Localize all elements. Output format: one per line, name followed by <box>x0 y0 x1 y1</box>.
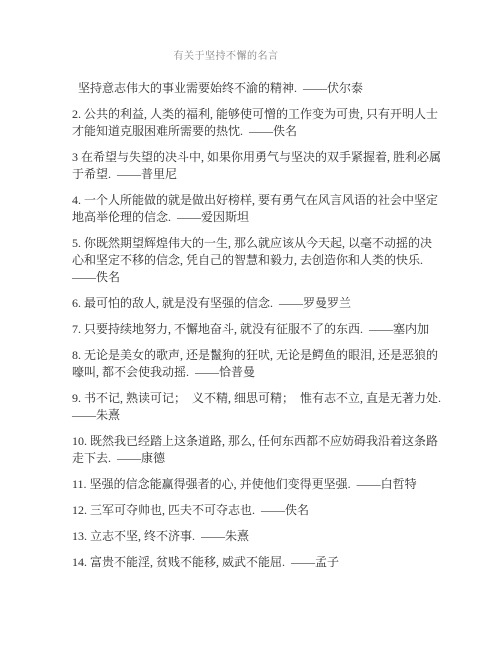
quote-attribution: ——佚名 <box>255 503 309 517</box>
quote-item: 坚持意志伟大的事业需要始终不渝的精神. ——伏尔泰 <box>72 80 443 97</box>
quote-attribution: ——普里尼 <box>111 167 177 181</box>
quote-item: 12. 三军可夺帅也, 匹夫不可夺志也. ——佚名 <box>72 502 443 519</box>
quote-attribution: ——朱熹 <box>195 529 249 543</box>
quote-number: 4. <box>72 193 84 207</box>
quote-number: 8. <box>72 348 84 362</box>
quote-attribution: ——恰普曼 <box>189 365 255 379</box>
quote-attribution: ——伏尔泰 <box>297 81 363 95</box>
page-title: 有关于坚持不懈的名言 <box>0 51 452 63</box>
quote-number: 13. <box>72 529 90 543</box>
quote-attribution: ——白哲特 <box>351 477 417 491</box>
quote-text: 一个人所能做的就是做出好榜样, 要有勇气在风言风语的社会中坚定地高举伦理的信念. <box>72 193 438 224</box>
quote-text: 坚持意志伟大的事业需要始终不渝的精神. <box>78 81 297 95</box>
quote-attribution: ——佚名 <box>243 124 297 138</box>
quote-text: 富贵不能淫, 贫贱不能移, 威武不能屈. <box>90 555 285 569</box>
quote-number: 5. <box>72 236 84 250</box>
quote-number: 11. <box>72 477 90 491</box>
quote-text: 立志不坚, 终不济事. <box>90 529 195 543</box>
quote-number: 2. <box>72 107 84 121</box>
quote-list: 坚持意志伟大的事业需要始终不渝的精神. ——伏尔泰 2. 公共的利益, 人类的福… <box>72 80 443 580</box>
quote-item: 3 在希望与失望的决斗中, 如果你用勇气与坚决的双手紧握着, 胜利必属于希望. … <box>72 149 443 183</box>
quote-attribution: ——孟子 <box>285 555 339 569</box>
quote-item: 11. 坚强的信念能赢得强者的心, 并使他们变得更坚强. ——白哲特 <box>72 476 443 493</box>
quote-number: 9. <box>72 391 84 405</box>
quote-text: 只要持续地努力, 不懈地奋斗, 就没有征服不了的东西. <box>84 322 363 336</box>
quote-text: 坚强的信念能赢得强者的心, 并使他们变得更坚强. <box>90 477 351 491</box>
quote-item: 9. 书不记, 熟读可记； 义不精, 细思可精； 惟有志不立, 直是无著力处. … <box>72 390 443 424</box>
quote-text: 书不记, 熟读可记； 义不精, 细思可精； 惟有志不立, 直是无著力处. <box>84 391 441 405</box>
quote-item: 5. 你既然期望辉煌伟大的一生, 那么就应该从今天起, 以毫不动摇的决心和坚定不… <box>72 235 443 286</box>
quote-item: 4. 一个人所能做的就是做出好榜样, 要有勇气在风言风语的社会中坚定地高举伦理的… <box>72 192 443 226</box>
quote-number: 7. <box>72 322 84 336</box>
quote-number: 14. <box>72 555 90 569</box>
quote-item: 10. 既然我已经踏上这条道路, 那么, 任何东西都不应妨碍我沿着这条路走下去.… <box>72 433 443 467</box>
quote-item: 8. 无论是美女的歌声, 还是鬣狗的狂吠, 无论是鳄鱼的眼泪, 还是恶狼的嚎叫,… <box>72 347 443 381</box>
quote-text: 你既然期望辉煌伟大的一生, 那么就应该从今天起, 以毫不动摇的决心和坚定不移的信… <box>72 236 432 267</box>
quote-attribution: ——爱因斯坦 <box>171 210 249 224</box>
quote-number: 6. <box>72 296 84 310</box>
quote-item: 6. 最可怕的敌人, 就是没有坚强的信念. ——罗曼罗兰 <box>72 295 443 312</box>
quote-attribution: ——塞内加 <box>363 322 429 336</box>
quote-attribution: ——康德 <box>111 451 165 465</box>
document-page: 有关于坚持不懈的名言 坚持意志伟大的事业需要始终不渝的精神. ——伏尔泰 2. … <box>0 0 500 647</box>
quote-item: 7. 只要持续地努力, 不懈地奋斗, 就没有征服不了的东西. ——塞内加 <box>72 321 443 338</box>
quote-item: 14. 富贵不能淫, 贫贱不能移, 威武不能屈. ——孟子 <box>72 554 443 571</box>
quote-text: 三军可夺帅也, 匹夫不可夺志也. <box>90 503 255 517</box>
quote-number: 10. <box>72 434 90 448</box>
quote-attribution: ——罗曼罗兰 <box>273 296 351 310</box>
quote-number: 3 <box>72 150 81 164</box>
quote-text: 最可怕的敌人, 就是没有坚强的信念. <box>84 296 273 310</box>
quote-item: 2. 公共的利益, 人类的福利, 能够使可憎的工作变为可贵, 只有开明人士才能知… <box>72 106 443 140</box>
quote-number: 12. <box>72 503 90 517</box>
quote-item: 13. 立志不坚, 终不济事. ——朱熹 <box>72 528 443 545</box>
